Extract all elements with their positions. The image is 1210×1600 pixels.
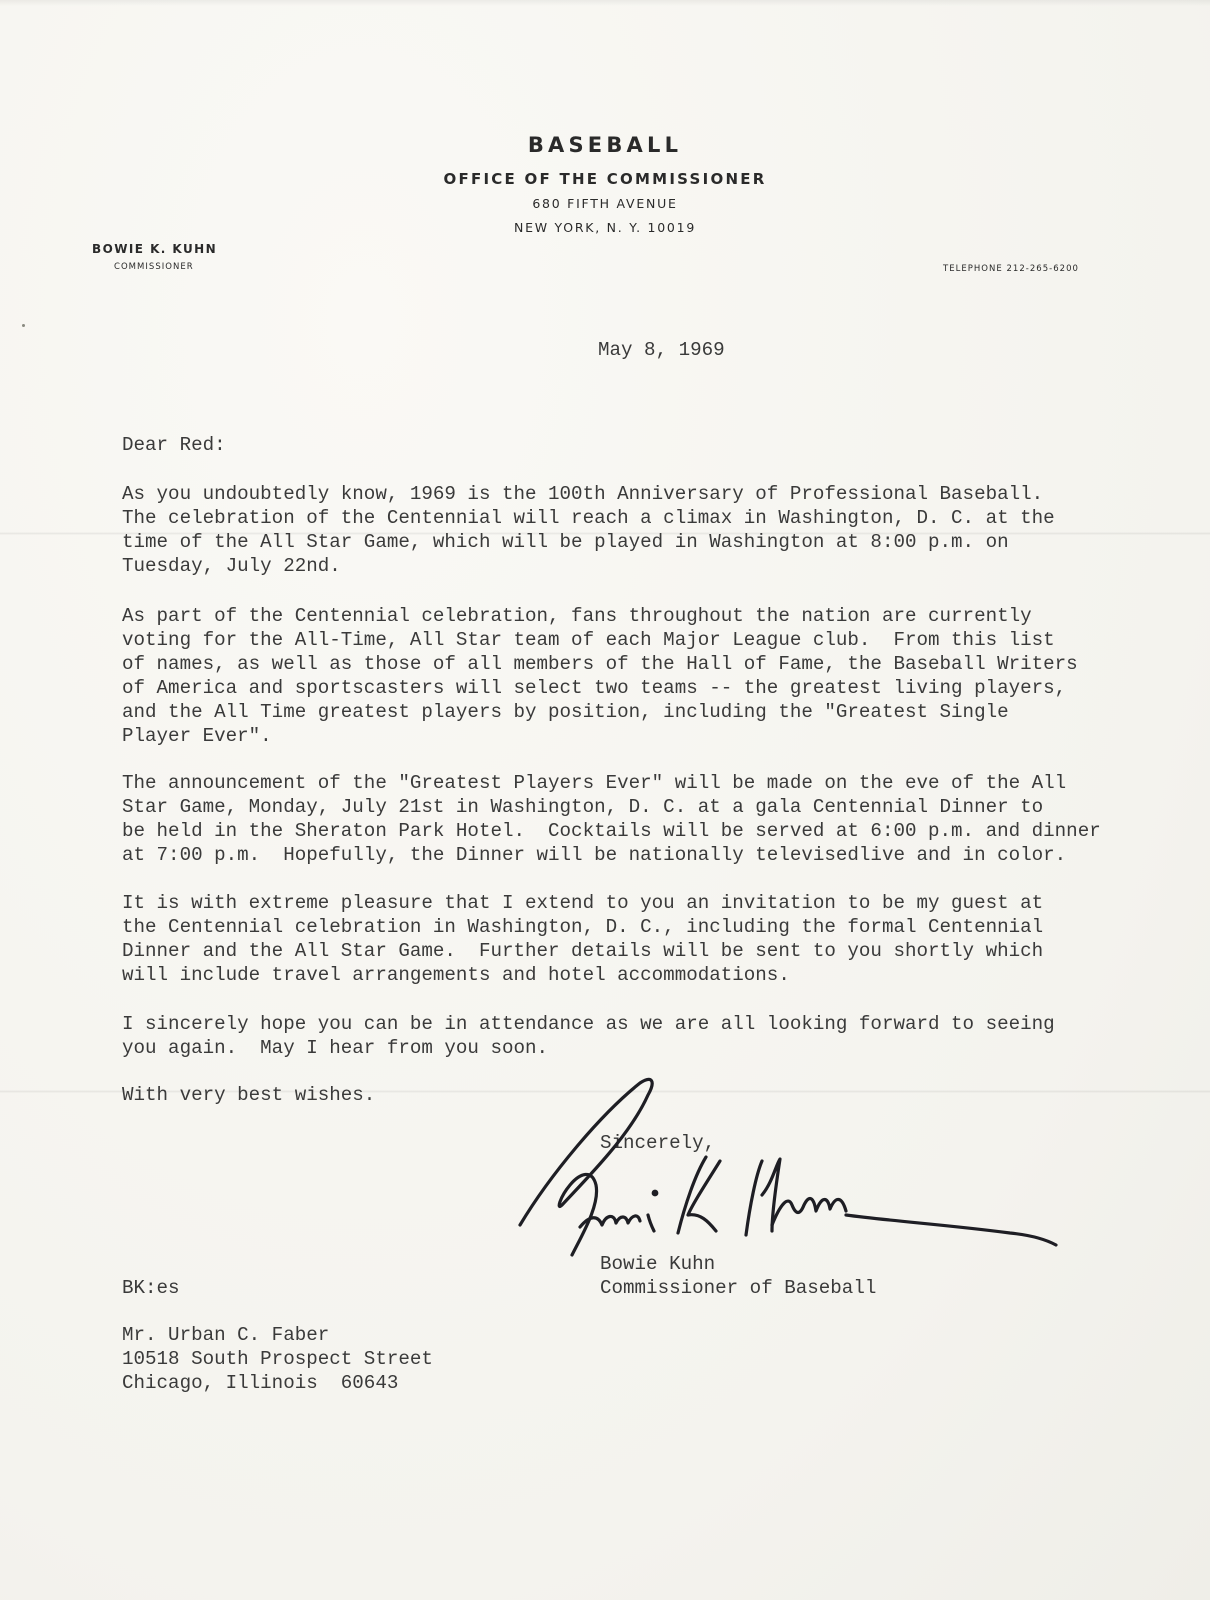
- body-paragraph: As part of the Centennial celebration, f…: [122, 604, 1078, 748]
- closing-line: With very best wishes.: [122, 1083, 375, 1107]
- letterhead-title: BASEBALL: [0, 133, 1210, 157]
- recipient-street: 10518 South Prospect Street: [122, 1347, 433, 1371]
- body-paragraph: The announcement of the "Greatest Player…: [122, 771, 1101, 867]
- signer-name: Bowie Kuhn: [600, 1252, 715, 1276]
- letterhead-sender-name: Bowie K. Kuhn: [92, 242, 217, 256]
- body-paragraph: I sincerely hope you can be in attendanc…: [122, 1012, 1055, 1060]
- recipient-name: Mr. Urban C. Faber: [122, 1323, 329, 1347]
- letterhead-telephone: TELEPHONE 212-265-6200: [943, 264, 1079, 274]
- body-paragraph: As you undoubtedly know, 1969 is the 100…: [122, 482, 1055, 578]
- letterhead-street: 680 FIFTH AVENUE: [0, 196, 1210, 211]
- reference-initials: BK:es: [122, 1276, 180, 1300]
- signer-title: Commissioner of Baseball: [600, 1276, 876, 1300]
- paper-speck: [22, 324, 25, 327]
- handwritten-signature: [510, 1065, 1070, 1265]
- salutation: Dear Red:: [122, 433, 226, 457]
- letterhead-sender-title: COMMISSIONER: [114, 262, 194, 272]
- letterhead-office: OFFICE OF THE COMMISSIONER: [0, 170, 1210, 188]
- recipient-city: Chicago, Illinois 60643: [122, 1371, 398, 1395]
- letter-date: May 8, 1969: [598, 338, 725, 362]
- letterhead-city: NEW YORK, N. Y. 10019: [0, 220, 1210, 235]
- body-paragraph: It is with extreme pleasure that I exten…: [122, 891, 1043, 987]
